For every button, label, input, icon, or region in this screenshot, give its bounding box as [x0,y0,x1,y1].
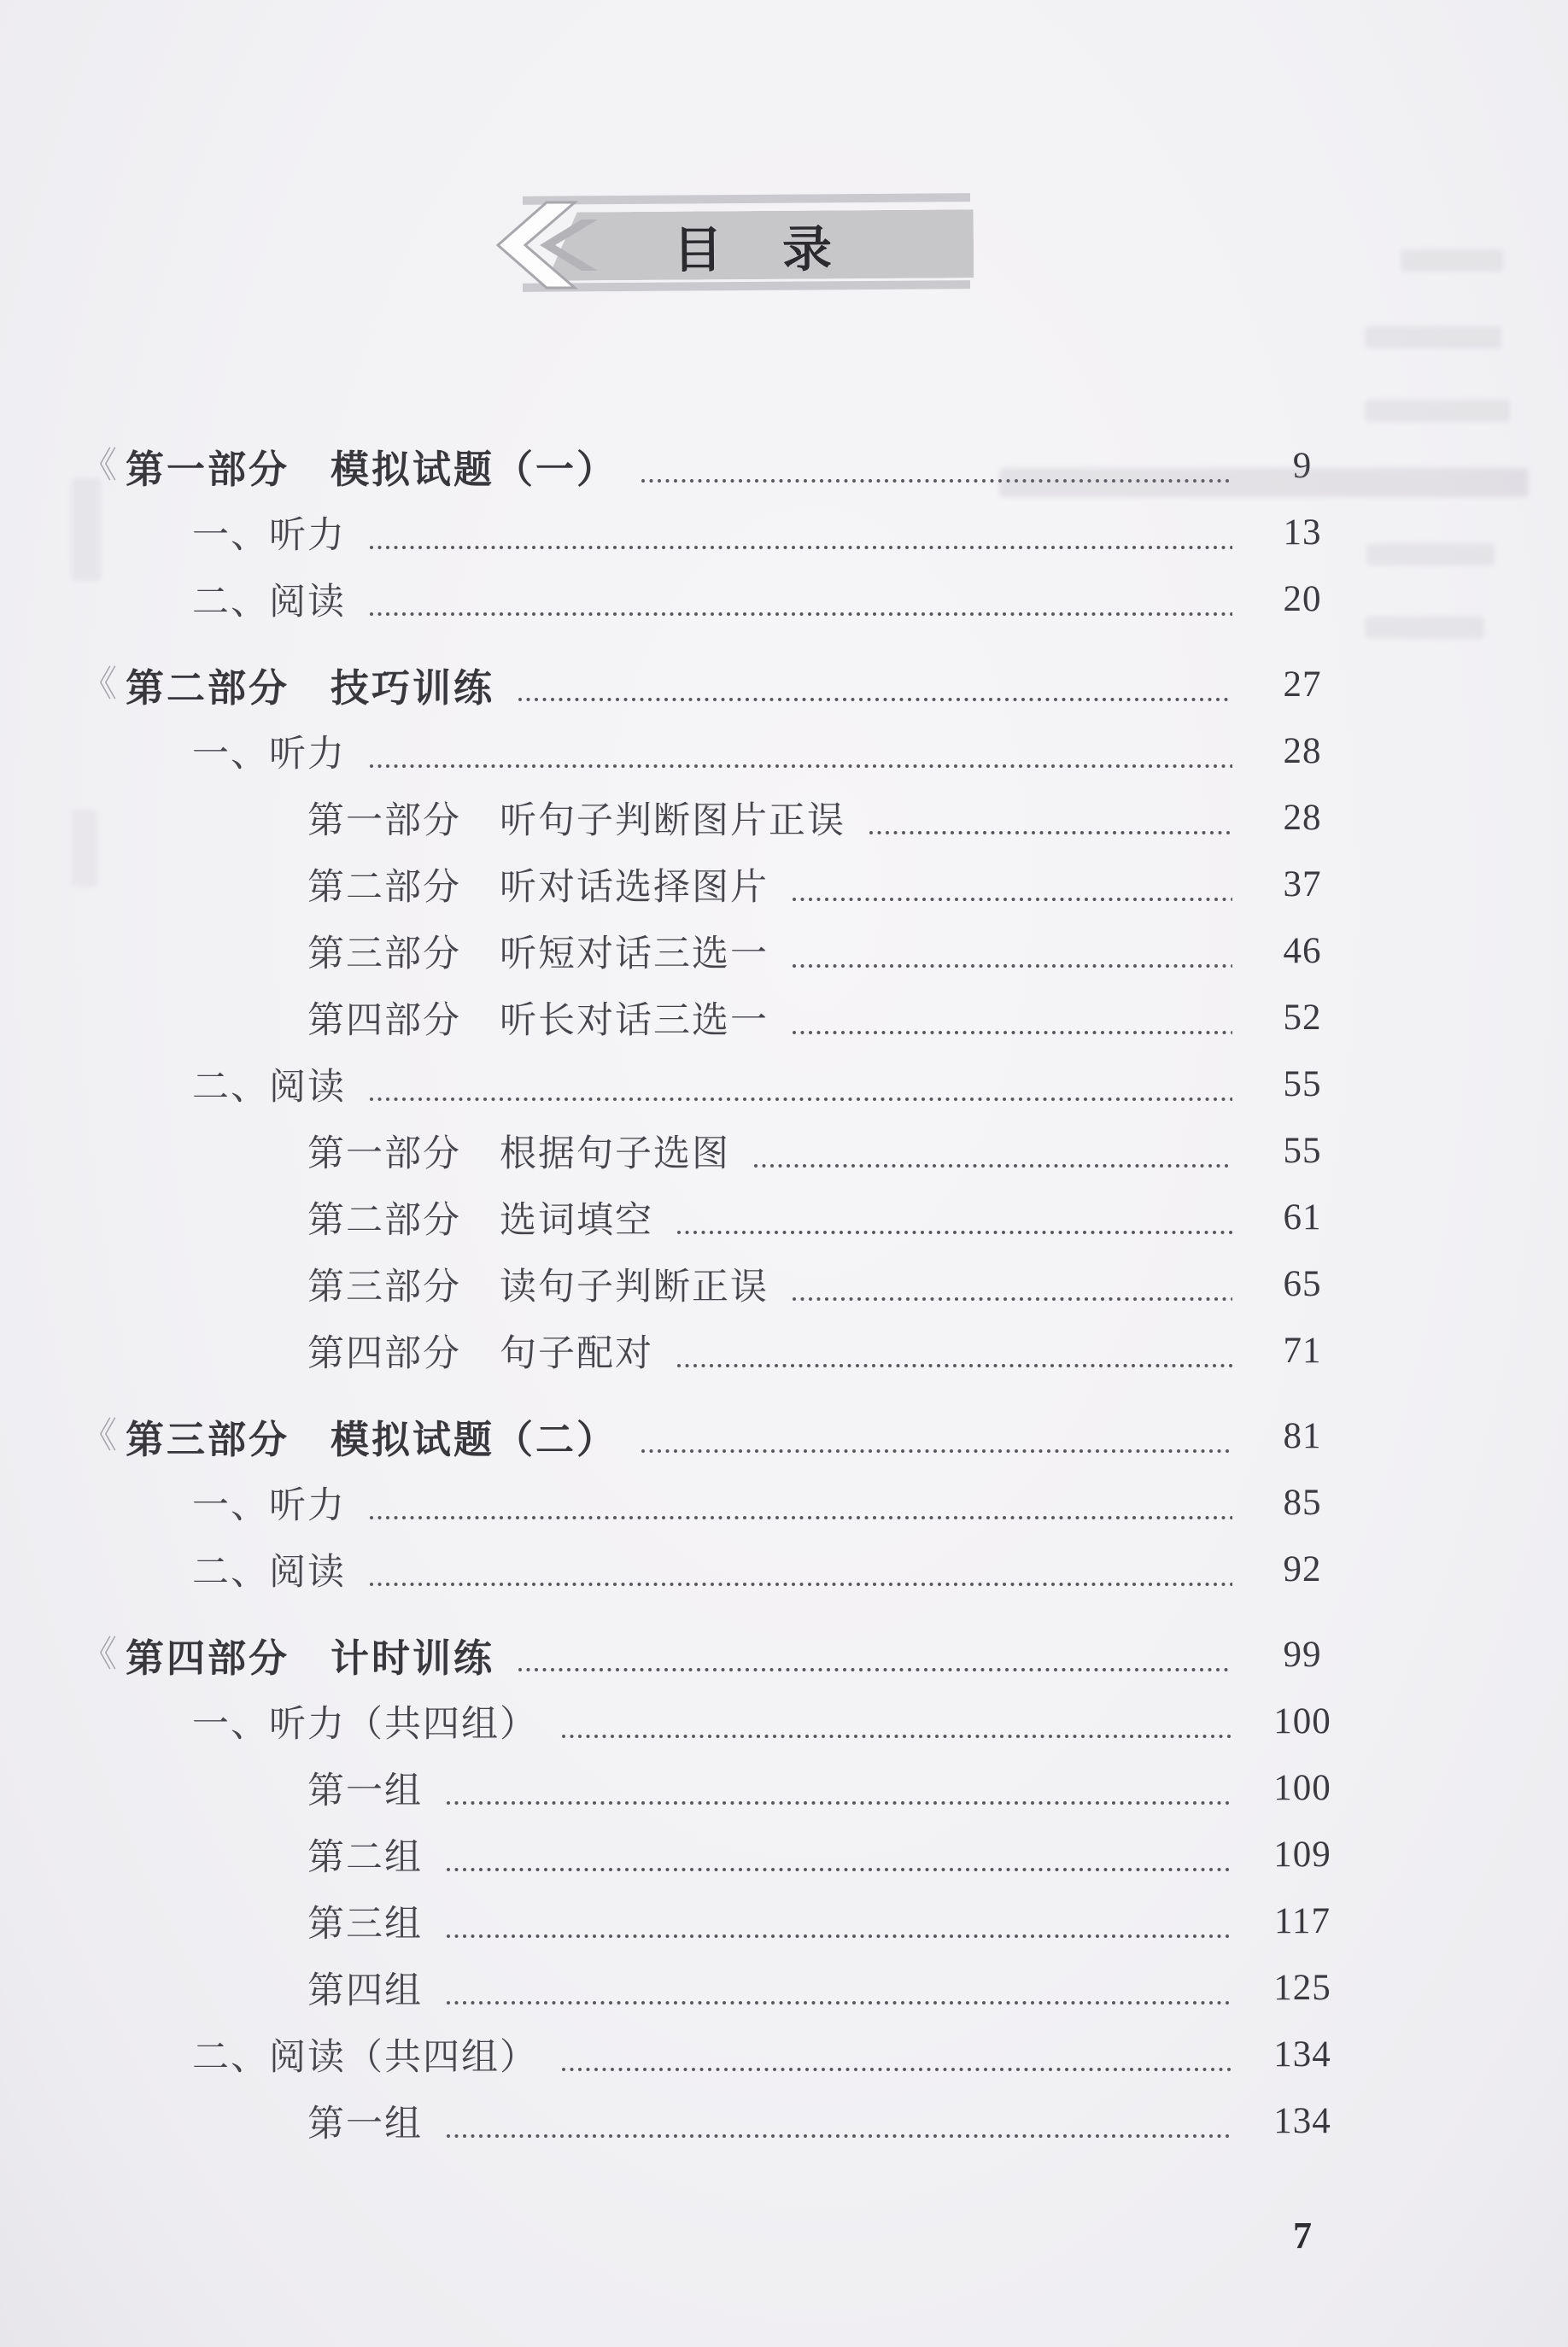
dot-leader [640,1447,1232,1455]
dot-leader [517,695,1232,704]
toc-entry-page: 134 [1251,2034,1354,2075]
toc-entry-page: 125 [1251,1967,1354,2009]
toc-entry-label: 二、阅读 [192,1543,346,1595]
toc-entry-page: 27 [1251,664,1354,705]
toc-entry-label: 二、阅读 [192,573,346,625]
toc-row: 一、听力（共四组） 100 [81,1688,1354,1754]
toc-row: 二、阅读 20 [81,565,1354,632]
section-chevron-icon: 《 [81,1636,117,1672]
dot-leader [517,1665,1232,1674]
bleedthrough-artifact [999,468,1529,497]
toc-entry-page: 52 [1251,997,1354,1039]
toc-entry-page: 117 [1251,1900,1354,1942]
toc-entry-page: 20 [1251,578,1354,620]
toc-entry-page: 37 [1251,863,1354,905]
banner-bar: 目 录 [547,209,974,280]
dot-leader [791,962,1232,970]
toc-entry-label: 第一部分 听句子判断图片正误 [307,792,845,844]
toc-row: 第一部分 听句子判断图片正误 28 [81,784,1354,851]
toc-entry-page: 85 [1251,1482,1354,1524]
toc-entry-label: 第一组 [307,2095,423,2147]
dot-leader [560,2065,1232,2074]
toc-row: 第二部分 选词填空 61 [81,1184,1354,1250]
toc-row: 一、听力 85 [81,1469,1354,1536]
toc-entry-label: 第三部分 读句子判断正误 [307,1258,769,1310]
dot-leader [368,1513,1232,1522]
dot-leader [368,610,1232,618]
toc-entry-page: 134 [1251,2100,1354,2142]
dot-leader [868,828,1232,837]
toc-entry-page: 109 [1251,1834,1354,1876]
toc-entry-label: 第一部分 模拟试题（一） [126,438,617,494]
dot-leader [676,1361,1232,1370]
toc-row: 一、听力 28 [81,717,1354,784]
dot-leader [445,1999,1232,2007]
toc-entry-label: 第一组 [307,1762,423,1814]
toc-entry-label: 第四组 [307,1962,423,2014]
toc-entry-page: 92 [1251,1548,1354,1590]
toc-entry-page: 65 [1251,1263,1354,1305]
dot-leader [368,762,1232,770]
toc-entry-page: 13 [1251,512,1354,553]
toc-row: 第二组 109 [81,1821,1354,1888]
dot-leader [368,1095,1232,1103]
toc-row: 二、阅读 92 [81,1536,1354,1602]
toc-row: 《 第四部分 计时训练 99 [81,1621,1354,1688]
dot-leader [445,2132,1232,2140]
toc-entry-label: 第二部分 技巧训练 [126,657,494,712]
toc-row: 第三部分 读句子判断正误 65 [81,1250,1354,1317]
toc-entry-label: 一、听力 [192,506,346,559]
bleedthrough-artifact [1365,400,1510,422]
toc-row: 一、听力 13 [81,499,1354,565]
toc-entry-page: 100 [1251,1700,1354,1742]
dot-leader [791,1295,1232,1303]
toc-entry-label: 第一部分 根据句子选图 [307,1125,730,1177]
toc-entry-label: 第四部分 句子配对 [307,1325,653,1377]
dot-leader [445,1865,1232,1874]
dot-leader [445,1799,1232,1807]
toc-entry-label: 第二组 [307,1829,423,1881]
toc-entry-page: 61 [1251,1197,1354,1238]
toc-row: 二、阅读（共四组） 134 [81,2021,1354,2087]
toc-entry-page: 100 [1251,1767,1354,1809]
toc-entry-label: 第三部分 听短对话三选一 [307,925,769,977]
toc-entry-label: 二、阅读（共四组） [192,2028,538,2081]
toc-list: 《 第一部分 模拟试题（一） 9 一、听力 13 二、阅读 20 《 第二部分 … [81,432,1354,2154]
toc-entry-page: 28 [1251,730,1354,772]
toc-row: 第四部分 句子配对 71 [81,1317,1354,1384]
toc-entry-label: 第二部分 选词填空 [307,1191,653,1244]
toc-entry-page: 28 [1251,797,1354,839]
bleedthrough-artifact [1365,617,1484,639]
bleedthrough-artifact [1366,543,1495,565]
toc-row: 第一组 134 [81,2087,1354,2154]
double-chevron-icon [495,200,601,290]
toc-row: 第四部分 听长对话三选一 52 [81,984,1354,1051]
dot-leader [368,1580,1232,1589]
toc-entry-label: 第四部分 听长对话三选一 [307,992,769,1044]
toc-row: 《 第三部分 模拟试题（二） 81 [81,1402,1354,1469]
toc-entry-label: 第三部分 模拟试题（二） [126,1408,617,1464]
bleedthrough-artifact [72,810,97,887]
footer-page-number: 7 [1251,2214,1354,2257]
bleedthrough-artifact [72,478,101,581]
toc-entry-label: 第二部分 听对话选择图片 [307,858,769,910]
section-chevron-icon: 《 [81,666,117,702]
toc-entry-label: 二、阅读 [192,1058,346,1110]
toc-row: 第四组 125 [81,1954,1354,2021]
toc-row: 第三组 117 [81,1888,1354,1954]
dot-leader [676,1228,1232,1237]
toc-entry-page: 99 [1251,1634,1354,1676]
toc-row: 《 第二部分 技巧训练 27 [81,651,1354,717]
dot-leader [368,543,1232,552]
dot-leader [445,1932,1232,1940]
toc-row: 第一组 100 [81,1754,1354,1821]
toc-entry-label: 第三组 [307,1895,423,1947]
toc-entry-label: 第四部分 计时训练 [126,1627,494,1683]
toc-entry-page: 55 [1251,1130,1354,1172]
toc-entry-label: 一、听力（共四组） [192,1695,538,1747]
dot-leader [560,1732,1232,1741]
toc-entry-page: 55 [1251,1063,1354,1105]
toc-banner: 目 录 [0,0,1568,342]
bleedthrough-artifact [1401,249,1503,272]
toc-entry-page: 71 [1251,1330,1354,1372]
bleedthrough-artifact [1365,326,1501,348]
toc-page: 目 录 《 第一部分 模拟试题（一） 9 一、听力 13 二、阅读 20 [0,0,1568,2347]
toc-row: 二、阅读 55 [81,1051,1354,1117]
dot-leader [791,895,1232,904]
toc-entry-page: 81 [1251,1415,1354,1457]
toc-row: 第一部分 根据句子选图 55 [81,1117,1354,1184]
section-chevron-icon: 《 [81,1418,117,1454]
toc-entry-page: 46 [1251,930,1354,972]
toc-entry-label: 一、听力 [192,725,346,777]
toc-entry-label: 一、听力 [192,1477,346,1529]
toc-row: 第二部分 听对话选择图片 37 [81,851,1354,917]
dot-leader [791,1028,1232,1037]
dot-leader [752,1162,1232,1170]
toc-row: 第三部分 听短对话三选一 46 [81,917,1354,984]
